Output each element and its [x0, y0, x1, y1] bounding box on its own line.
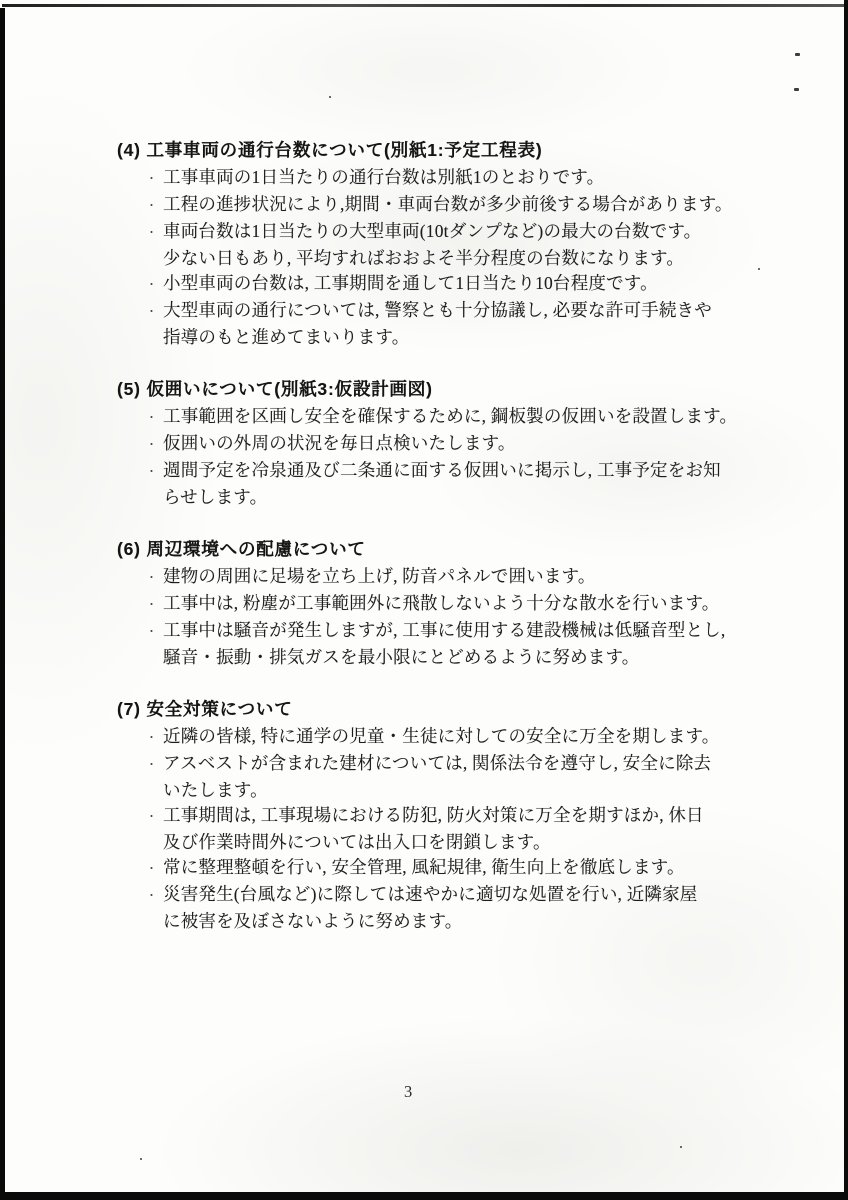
bullet-icon: ・	[146, 591, 163, 618]
bullet-indent-spacer	[146, 325, 163, 350]
scan-speck	[794, 88, 799, 91]
list-item-continuation: 及び作業時間外については出入口を閉鎖します。	[117, 830, 762, 855]
list-item: ・ 工事期間は, 工事現場における防犯, 防火対策に万全を期すほか, 休日	[117, 803, 762, 830]
scan-edge-right	[844, 0, 848, 1200]
scan-edge-left	[0, 8, 5, 1200]
bullet-text: 工事車両の1日当たりの通行台数は別紙1のとおりです。	[163, 165, 604, 192]
bullet-icon: ・	[146, 618, 163, 645]
bullet-text: らせします。	[163, 485, 267, 510]
section-6-environment: (6) 周辺環境への配慮について ・ 建物の周囲に足場を立ち上げ, 防音パネルで…	[117, 537, 762, 670]
scan-edge-bottom	[0, 1192, 848, 1200]
bullet-text: 指導のもと進めてまいります。	[163, 325, 409, 350]
bullet-text: 少ない日もあり, 平均すればおおよそ半分程度の台数になります。	[163, 246, 684, 271]
section-5-temporary-fence: (5) 仮囲いについて(別紙3:仮設計画図) ・ 工事範囲を区画し安全を確保する…	[117, 377, 762, 510]
bullet-text: 及び作業時間外については出入口を閉鎖します。	[163, 830, 551, 855]
bullet-text: に被害を及ぼさないように努めます。	[163, 909, 463, 934]
bullet-icon: ・	[146, 458, 163, 485]
page-number: 3	[404, 1082, 412, 1102]
list-item: ・ 工程の進捗状況により,期間・車両台数が多少前後する場合があります。	[117, 192, 762, 219]
bullet-icon: ・	[146, 219, 163, 246]
bullet-text: 近隣の皆様, 特に通学の児童・生徒に対しての安全に万全を期します。	[163, 724, 719, 751]
bullet-icon: ・	[146, 431, 163, 458]
section-heading: (7) 安全対策について	[117, 697, 762, 722]
list-item: ・ 常に整理整頓を行い, 安全管理, 風紀規律, 衛生向上を徹底します。	[117, 855, 762, 882]
bullet-indent-spacer	[146, 645, 163, 670]
bullet-icon: ・	[146, 882, 163, 909]
list-item-continuation: 少ない日もあり, 平均すればおおよそ半分程度の台数になります。	[117, 246, 762, 271]
list-item: ・ 大型車両の通行については, 警察とも十分協議し, 必要な許可手続きや	[117, 298, 762, 325]
list-item: ・ 災害発生(台風など)に際しては速やかに適切な処置を行い, 近隣家屋	[117, 882, 762, 909]
section-heading: (6) 周辺環境への配慮について	[117, 537, 762, 562]
bullet-icon: ・	[146, 298, 163, 325]
bullet-icon: ・	[146, 724, 163, 751]
scan-speck	[329, 96, 331, 98]
list-item: ・ 車両台数は1日当たりの大型車両(10tダンプなど)の最大の台数です。	[117, 219, 762, 246]
bullet-icon: ・	[146, 855, 163, 882]
list-item: ・ 小型車両の台数は, 工事期間を通して1日当たり10台程度です。	[117, 271, 762, 298]
bullet-text: 工事範囲を区画し安全を確保するために, 鋼板製の仮囲いを設置します。	[163, 404, 737, 431]
bullet-icon: ・	[146, 404, 163, 431]
bullet-text: 大型車両の通行については, 警察とも十分協議し, 必要な許可手続きや	[163, 298, 712, 325]
bullet-icon: ・	[146, 165, 163, 192]
bullet-indent-spacer	[146, 830, 163, 855]
list-item-continuation: いたします。	[117, 778, 762, 803]
bullet-indent-spacer	[146, 778, 163, 803]
bullet-indent-spacer	[146, 485, 163, 510]
bullet-icon: ・	[146, 192, 163, 219]
list-item: ・ 週間予定を冷泉通及び二条通に面する仮囲いに掲示し, 工事予定をお知	[117, 458, 762, 485]
bullet-indent-spacer	[146, 909, 163, 934]
section-7-safety: (7) 安全対策について ・ 近隣の皆様, 特に通学の児童・生徒に対しての安全に…	[117, 697, 762, 934]
bullet-text: 仮囲いの外周の状況を毎日点検いたします。	[163, 431, 516, 458]
bullet-text: 小型車両の台数は, 工事期間を通して1日当たり10台程度です。	[163, 271, 658, 298]
bullet-text: 常に整理整頓を行い, 安全管理, 風紀規律, 衛生向上を徹底します。	[163, 855, 685, 882]
scan-speck	[140, 1158, 142, 1160]
list-item-continuation: 騒音・振動・排気ガスを最小限にとどめるように努めます。	[117, 645, 762, 670]
bullet-indent-spacer	[146, 246, 163, 271]
bullet-text: 工程の進捗状況により,期間・車両台数が多少前後する場合があります。	[163, 192, 733, 219]
scan-speck	[795, 53, 800, 56]
bullet-icon: ・	[146, 803, 163, 830]
bullet-icon: ・	[146, 271, 163, 298]
bullet-text: アスベストが含まれた建材については, 関係法令を遵守し, 安全に除去	[163, 751, 711, 778]
bullet-text: 車両台数は1日当たりの大型車両(10tダンプなど)の最大の台数です。	[163, 219, 701, 246]
list-item-continuation: 指導のもと進めてまいります。	[117, 325, 762, 350]
list-item: ・ 工事範囲を区画し安全を確保するために, 鋼板製の仮囲いを設置します。	[117, 404, 762, 431]
list-item-continuation: に被害を及ぼさないように努めます。	[117, 909, 762, 934]
bullet-text: 建物の周囲に足場を立ち上げ, 防音パネルで囲います。	[163, 564, 596, 591]
bullet-text: 災害発生(台風など)に際しては速やかに適切な処置を行い, 近隣家屋	[163, 882, 698, 909]
section-heading: (4) 工事車両の通行台数について(別紙1:予定工程表)	[117, 138, 762, 163]
list-item: ・ 工事車両の1日当たりの通行台数は別紙1のとおりです。	[117, 165, 762, 192]
bullet-text: 騒音・振動・排気ガスを最小限にとどめるように努めます。	[163, 645, 640, 670]
scan-edge-top	[2, 4, 848, 7]
section-heading: (5) 仮囲いについて(別紙3:仮設計画図)	[117, 377, 762, 402]
bullet-icon: ・	[146, 564, 163, 591]
list-item: ・ 仮囲いの外周の状況を毎日点検いたします。	[117, 431, 762, 458]
bullet-text: 週間予定を冷泉通及び二条通に面する仮囲いに掲示し, 工事予定をお知	[163, 458, 721, 485]
scanned-document-page: (4) 工事車両の通行台数について(別紙1:予定工程表) ・ 工事車両の1日当た…	[0, 0, 848, 1200]
document-body: (4) 工事車両の通行台数について(別紙1:予定工程表) ・ 工事車両の1日当た…	[117, 138, 762, 961]
bullet-text: 工事中は, 粉塵が工事範囲外に飛散しないよう十分な散水を行います。	[163, 591, 719, 618]
list-item-continuation: らせします。	[117, 485, 762, 510]
list-item: ・ 工事中は, 粉塵が工事範囲外に飛散しないよう十分な散水を行います。	[117, 591, 762, 618]
scan-speck	[680, 1146, 682, 1148]
list-item: ・ 建物の周囲に足場を立ち上げ, 防音パネルで囲います。	[117, 564, 762, 591]
bullet-text: いたします。	[163, 778, 268, 803]
section-4-vehicle-traffic: (4) 工事車両の通行台数について(別紙1:予定工程表) ・ 工事車両の1日当た…	[117, 138, 762, 350]
list-item: ・ 近隣の皆様, 特に通学の児童・生徒に対しての安全に万全を期します。	[117, 724, 762, 751]
list-item: ・ アスベストが含まれた建材については, 関係法令を遵守し, 安全に除去	[117, 751, 762, 778]
list-item: ・ 工事中は騒音が発生しますが, 工事に使用する建設機械は低騒音型とし,	[117, 618, 762, 645]
bullet-text: 工事期間は, 工事現場における防犯, 防火対策に万全を期すほか, 休日	[163, 803, 704, 830]
bullet-text: 工事中は騒音が発生しますが, 工事に使用する建設機械は低騒音型とし,	[163, 618, 725, 645]
bullet-icon: ・	[146, 751, 163, 778]
